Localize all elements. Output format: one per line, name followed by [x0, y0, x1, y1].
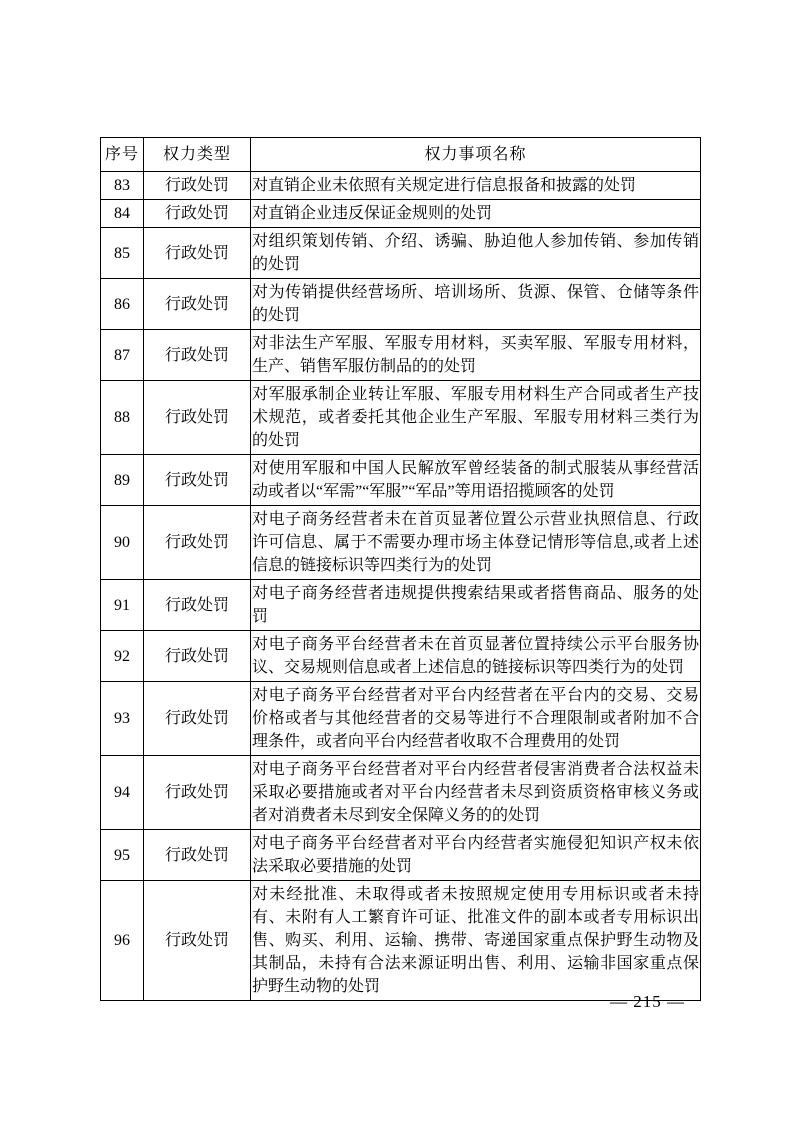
power-type: 行政处罚 — [144, 200, 251, 228]
power-type: 行政处罚 — [144, 381, 251, 455]
table-row: 91 行政处罚 对电子商务经营者违规提供搜索结果或者搭售商品、服务的处罚 — [101, 580, 701, 631]
power-type: 行政处罚 — [144, 330, 251, 381]
table-row: 88 行政处罚 对军服承制企业转让军服、军服专用材料生产合同或者生产技术规范，或… — [101, 381, 701, 455]
document-page: 序号 权力类型 权力事项名称 83 行政处罚 对直销企业未依照有关规定进行信息报… — [0, 0, 793, 1122]
power-item-name: 对使用军服和中国人民解放军曾经装备的制式服装从事经营活动或者以“军需”“军服”“… — [251, 455, 701, 506]
table-header-row: 序号 权力类型 权力事项名称 — [101, 138, 701, 172]
power-item-name: 对电子商务平台经营者对平台内经营者实施侵犯知识产权未依法采取必要措施的处罚 — [251, 830, 701, 881]
power-item-name: 对电子商务经营者违规提供搜索结果或者搭售商品、服务的处罚 — [251, 580, 701, 631]
row-number: 95 — [101, 830, 144, 881]
power-item-name: 对非法生产军服、军服专用材料，买卖军服、军服专用材料，生产、销售军服仿制品的的处… — [251, 330, 701, 381]
power-type: 行政处罚 — [144, 756, 251, 830]
table-row: 92 行政处罚 对电子商务平台经营者未在首页显著位置持续公示平台服务协议、交易规… — [101, 631, 701, 682]
power-type: 行政处罚 — [144, 631, 251, 682]
table-row: 85 行政处罚 对组织策划传销、介绍、诱骗、胁迫他人参加传销、参加传销的处罚 — [101, 228, 701, 279]
power-item-name: 对直销企业违反保证金规则的处罚 — [251, 200, 701, 228]
row-number: 87 — [101, 330, 144, 381]
power-type: 行政处罚 — [144, 881, 251, 1001]
table-row: 84 行政处罚 对直销企业违反保证金规则的处罚 — [101, 200, 701, 228]
header-power-item-name: 权力事项名称 — [251, 138, 701, 172]
table-row: 86 行政处罚 对为传销提供经营场所、培训场所、货源、保管、仓储等条件的处罚 — [101, 279, 701, 330]
power-type: 行政处罚 — [144, 172, 251, 200]
power-item-name: 对电子商务经营者未在首页显著位置公示营业执照信息、行政许可信息、属于不需要办理市… — [251, 506, 701, 580]
row-number: 84 — [101, 200, 144, 228]
header-serial-number: 序号 — [101, 138, 144, 172]
table-row: 89 行政处罚 对使用军服和中国人民解放军曾经装备的制式服装从事经营活动或者以“… — [101, 455, 701, 506]
row-number: 85 — [101, 228, 144, 279]
table-row: 93 行政处罚 对电子商务平台经营者对平台内经营者在平台内的交易、交易价格或者与… — [101, 682, 701, 756]
power-type: 行政处罚 — [144, 682, 251, 756]
power-item-name: 对组织策划传销、介绍、诱骗、胁迫他人参加传销、参加传销的处罚 — [251, 228, 701, 279]
row-number: 93 — [101, 682, 144, 756]
row-number: 94 — [101, 756, 144, 830]
power-item-name: 对电子商务平台经营者对平台内经营者在平台内的交易、交易价格或者与其他经营者的交易… — [251, 682, 701, 756]
power-item-name: 对电子商务平台经营者未在首页显著位置持续公示平台服务协议、交易规则信息或者上述信… — [251, 631, 701, 682]
table-row: 83 行政处罚 对直销企业未依照有关规定进行信息报备和披露的处罚 — [101, 172, 701, 200]
row-number: 91 — [101, 580, 144, 631]
row-number: 89 — [101, 455, 144, 506]
power-items-table: 序号 权力类型 权力事项名称 83 行政处罚 对直销企业未依照有关规定进行信息报… — [100, 137, 701, 1001]
table-row: 87 行政处罚 对非法生产军服、军服专用材料，买卖军服、军服专用材料，生产、销售… — [101, 330, 701, 381]
table-row: 96 行政处罚 对未经批准、未取得或者未按照规定使用专用标识或者未持有、未附有人… — [101, 881, 701, 1001]
power-type: 行政处罚 — [144, 228, 251, 279]
power-type: 行政处罚 — [144, 580, 251, 631]
page-number: — 215 — — [610, 992, 685, 1012]
power-type: 行政处罚 — [144, 506, 251, 580]
row-number: 90 — [101, 506, 144, 580]
table-row: 90 行政处罚 对电子商务经营者未在首页显著位置公示营业执照信息、行政许可信息、… — [101, 506, 701, 580]
power-type: 行政处罚 — [144, 455, 251, 506]
power-item-name: 对为传销提供经营场所、培训场所、货源、保管、仓储等条件的处罚 — [251, 279, 701, 330]
power-item-name: 对未经批准、未取得或者未按照规定使用专用标识或者未持有、未附有人工繁育许可证、批… — [251, 881, 701, 1001]
row-number: 96 — [101, 881, 144, 1001]
power-item-name: 对直销企业未依照有关规定进行信息报备和披露的处罚 — [251, 172, 701, 200]
power-item-name: 对电子商务平台经营者对平台内经营者侵害消费者合法权益未采取必要措施或者对平台内经… — [251, 756, 701, 830]
header-power-type: 权力类型 — [144, 138, 251, 172]
row-number: 86 — [101, 279, 144, 330]
row-number: 92 — [101, 631, 144, 682]
power-item-name: 对军服承制企业转让军服、军服专用材料生产合同或者生产技术规范，或者委托其他企业生… — [251, 381, 701, 455]
table-row: 94 行政处罚 对电子商务平台经营者对平台内经营者侵害消费者合法权益未采取必要措… — [101, 756, 701, 830]
row-number: 88 — [101, 381, 144, 455]
row-number: 83 — [101, 172, 144, 200]
power-type: 行政处罚 — [144, 279, 251, 330]
table-row: 95 行政处罚 对电子商务平台经营者对平台内经营者实施侵犯知识产权未依法采取必要… — [101, 830, 701, 881]
power-type: 行政处罚 — [144, 830, 251, 881]
